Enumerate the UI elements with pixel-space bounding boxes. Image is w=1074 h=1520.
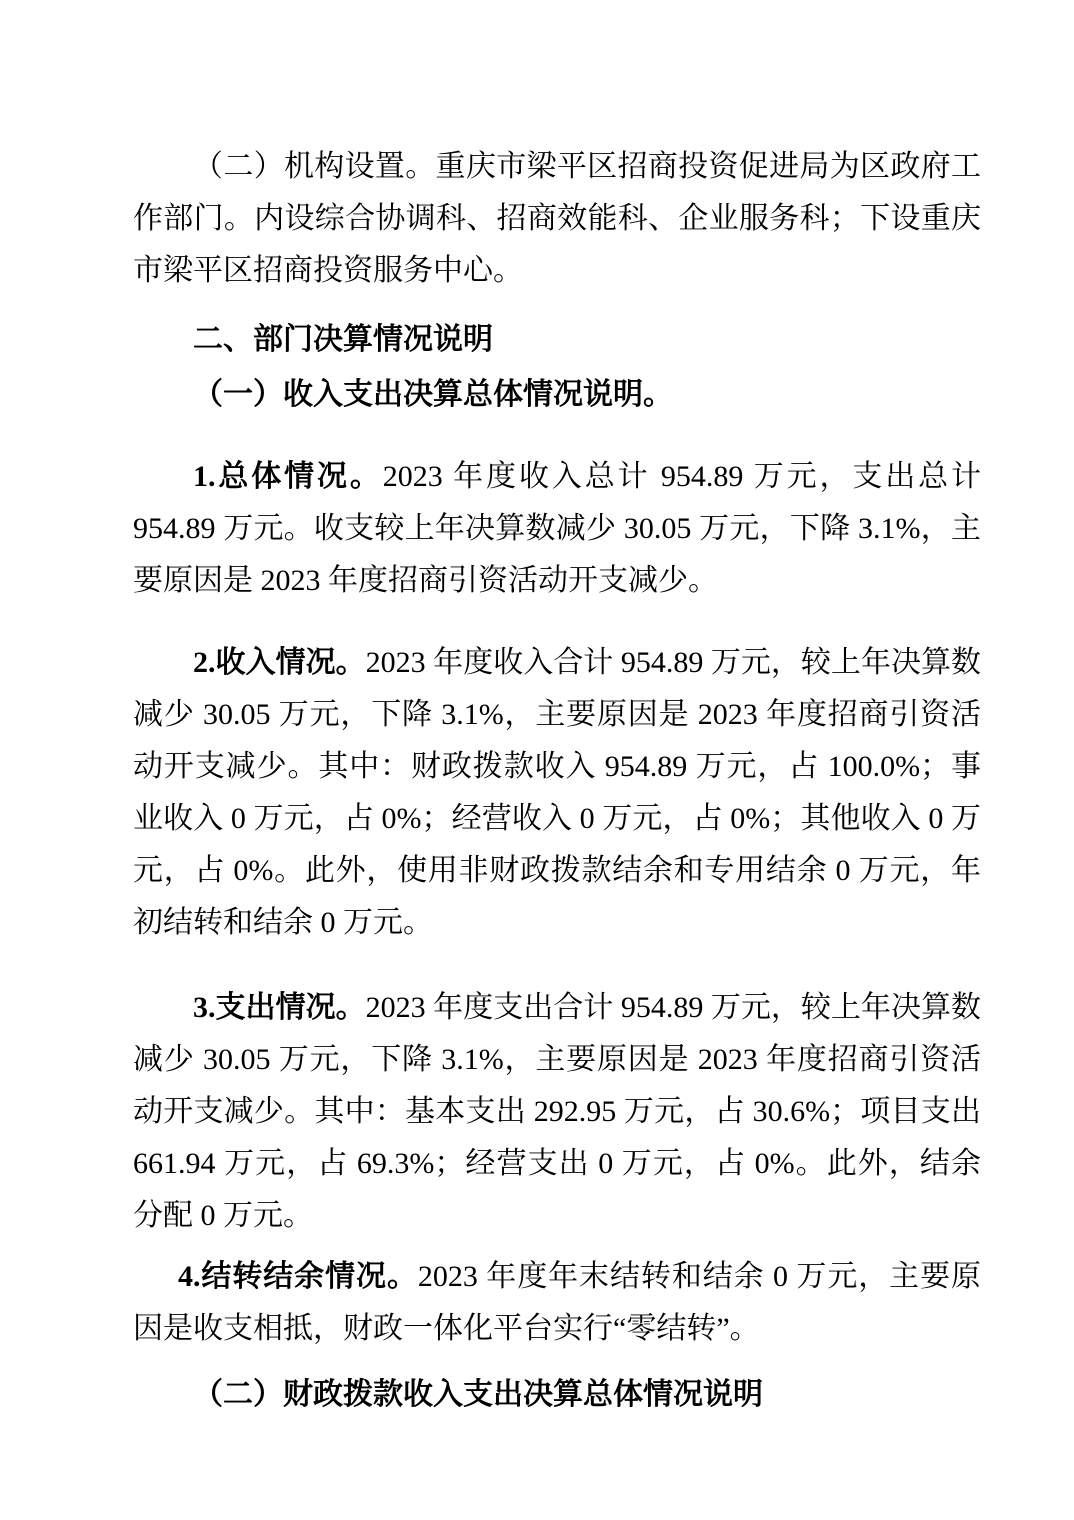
paragraph-overall-situation: 1.总体情况。2023 年度收入总计 954.89 万元，支出总计 954.89… xyxy=(133,451,981,607)
paragraph-carryover-lead: 4.结转结余情况。 xyxy=(178,1260,418,1293)
paragraph-expenditure-lead: 3.支出情况。 xyxy=(193,991,366,1024)
subsection-heading-revenue-expenditure-overview: （一）收入支出决算总体情况说明。 xyxy=(133,369,981,421)
paragraph-income-lead: 2.收入情况。 xyxy=(193,646,366,679)
paragraph-org-structure: （二）机构设置。重庆市梁平区招商投资促进局为区政府工作部门。内设综合协调科、招商… xyxy=(133,141,981,297)
paragraph-carryover-situation: 4.结转结余情况。2023 年度年末结转和结余 0 万元，主要原因是收支相抵，财… xyxy=(133,1251,981,1355)
subsection-heading-fiscal-allocation-overview: （二）财政拨款收入支出决算总体情况说明 xyxy=(133,1369,981,1421)
paragraph-income-text: 2023 年度收入合计 954.89 万元，较上年决算数减少 30.05 万元，… xyxy=(133,646,981,939)
paragraph-expenditure-situation: 3.支出情况。2023 年度支出合计 954.89 万元，较上年决算数减少 30… xyxy=(133,982,981,1242)
paragraph-overall-lead: 1.总体情况。 xyxy=(193,460,383,493)
paragraph-income-situation: 2.收入情况。2023 年度收入合计 954.89 万元，较上年决算数减少 30… xyxy=(133,637,981,949)
section-heading-budget-statement: 二、部门决算情况说明 xyxy=(133,314,981,366)
paragraph-expenditure-text: 2023 年度支出合计 954.89 万元，较上年决算数减少 30.05 万元，… xyxy=(133,991,981,1232)
document-page: （二）机构设置。重庆市梁平区招商投资促进局为区政府工作部门。内设综合协调科、招商… xyxy=(133,141,981,1421)
